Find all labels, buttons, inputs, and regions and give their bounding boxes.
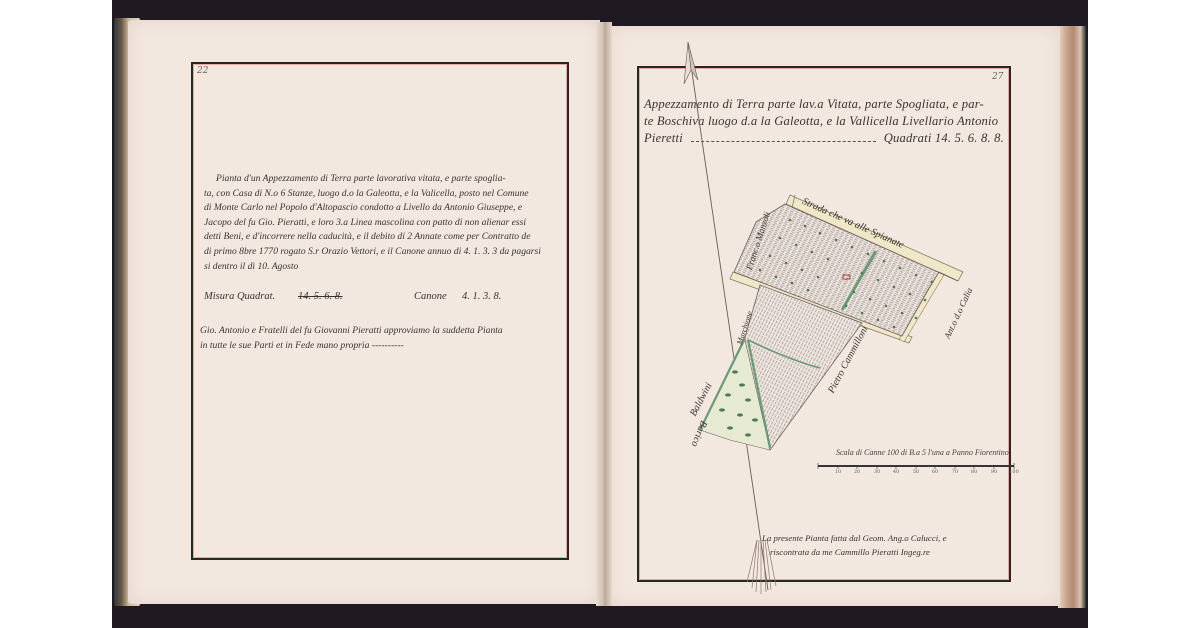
scale-tick: 80 bbox=[971, 469, 977, 475]
scale-tick-labels: 10 20 30 40 50 60 70 80 90 100 bbox=[818, 469, 1018, 479]
scale-tick: 90 bbox=[991, 469, 997, 475]
signature-line: riscontrata da me Cammillo Pieratti Inge… bbox=[762, 545, 1008, 559]
scale-tick: 20 bbox=[854, 469, 860, 475]
cadastral-map bbox=[0, 0, 1200, 628]
scale-title: Scala di Canne 100 di B.a 5 l'una a Pann… bbox=[836, 448, 1009, 457]
scale-tick: 10 bbox=[835, 469, 841, 475]
scale-tick: 50 bbox=[913, 469, 919, 475]
scale-tick: 30 bbox=[874, 469, 880, 475]
scale-bar bbox=[818, 465, 1014, 467]
surveyor-signature: La presente Pianta fatta dal Geom. Ang.o… bbox=[762, 531, 1008, 559]
scale-tick: 70 bbox=[952, 469, 958, 475]
scale-tick: 60 bbox=[932, 469, 938, 475]
scale-tick: 100 bbox=[1009, 469, 1019, 475]
signature-line: La presente Pianta fatta dal Geom. Ang.o… bbox=[762, 531, 1008, 545]
scale-tick: 40 bbox=[893, 469, 899, 475]
